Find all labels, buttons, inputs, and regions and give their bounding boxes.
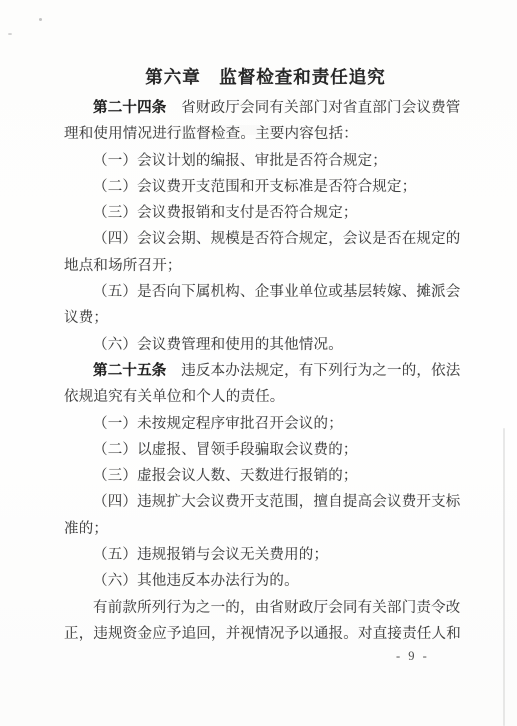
line-text: （六）会议费管理和使用的其他情况。 [93,337,343,353]
scan-speck [8,33,12,35]
text-line: 准的； [64,516,464,542]
text-line: （四）违规扩大会议费开支范围，擅自提高会议费开支标 [64,489,464,515]
article-number-term: 第二十四条 [93,100,167,116]
text-line: （二）会议费开支范围和开支标准是否符合规定； [64,174,464,200]
text-line: （一）未按规定程序审批召开会议的； [64,411,464,437]
line-text: （三）会议费报销和支付是否符合规定； [93,205,358,221]
page-number: - 9 - [396,649,429,664]
line-text: （五）是否向下属机构、企事业单位或基层转嫁、摊派会 [93,284,461,300]
text-line: （三）虚报会议人数、天数进行报销的； [64,463,464,489]
line-text: 省财政厅会同有关部门对省直部门会议费管 [167,100,461,116]
line-text: 违反本办法规定，有下列行为之一的，依法 [167,363,461,379]
chapter-title: 第六章 监督检查和责任追究 [7,64,517,89]
line-text: 理和使用情况进行监督检查。主要内容包括： [64,126,358,142]
text-line: 有前款所列行为之一的，由省财政厅会同有关部门责令改 [64,595,464,621]
text-line: （六）会议费管理和使用的其他情况。 [64,332,464,358]
line-text: （二）会议费开支范围和开支标准是否符合规定； [93,179,416,195]
text-line: 第二十五条 违反本办法规定，有下列行为之一的，依法 [64,358,464,384]
text-line: 第二十四条 省财政厅会同有关部门对省直部门会议费管 [64,95,464,121]
line-text: （六）其他违反本办法行为的。 [93,573,299,589]
line-text: 正，违规资金应予追回，并视情况予以通报。对直接责任人和 [64,626,461,642]
text-line: （二）以虚报、冒领手段骗取会议费的； [64,437,464,463]
line-text: （四）违规扩大会议费开支范围，擅自提高会议费开支标 [93,494,461,510]
text-line: （四）会议会期、规模是否符合规定，会议是否在规定的 [64,226,464,252]
text-line: （五）是否向下属机构、企事业单位或基层转嫁、摊派会 [64,279,464,305]
line-text: （一）会议计划的编报、审批是否符合规定； [93,153,387,169]
text-line: 理和使用情况进行监督检查。主要内容包括： [64,121,464,147]
text-line: 正，违规资金应予追回，并视情况予以通报。对直接责任人和 [64,621,464,647]
scanned-document-page: 第六章 监督检查和责任追究 第二十四条 省财政厅会同有关部门对省直部门会议费管理… [0,0,517,726]
text-line: （一）会议计划的编报、审批是否符合规定； [64,148,464,174]
line-text: （二）以虚报、冒领手段骗取会议费的； [93,442,358,458]
text-line: 依规追究有关单位和个人的责任。 [64,384,464,410]
line-text: （五）违规报销与会议无关费用的； [93,547,328,563]
text-line: （三）会议费报销和支付是否符合规定； [64,200,464,226]
line-text: （四）会议会期、规模是否符合规定，会议是否在规定的 [93,231,461,247]
line-text: 准的； [64,521,108,537]
text-line: （六）其他违反本办法行为的。 [64,568,464,594]
text-line: 地点和场所召开； [64,253,464,279]
line-text: 地点和场所召开； [64,258,182,274]
text-line: （五）违规报销与会议无关费用的； [64,542,464,568]
scan-edge-line [503,428,505,726]
line-text: 依规追究有关单位和个人的责任。 [64,389,285,405]
scan-speck [39,18,42,21]
line-text: （三）虚报会议人数、天数进行报销的； [93,468,358,484]
line-text: 有前款所列行为之一的，由省财政厅会同有关部门责令改 [93,600,461,616]
line-text: （一）未按规定程序审批召开会议的； [93,416,343,432]
text-line: 议费； [64,305,464,331]
body-text: 第二十四条 省财政厅会同有关部门对省直部门会议费管理和使用情况进行监督检查。主要… [64,95,464,647]
article-number-term: 第二十五条 [93,363,167,379]
line-text: 议费； [64,310,108,326]
